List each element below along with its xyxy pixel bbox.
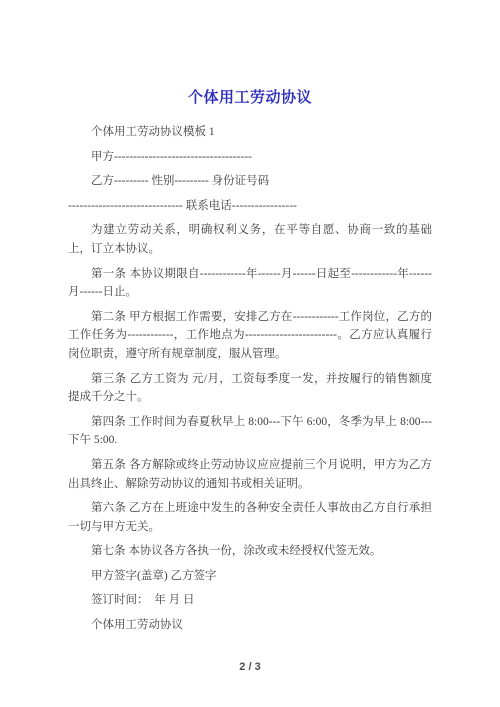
preamble-paragraph: 为建立劳动关系，明确权利义务，在平等自愿、协商一致的基础上，订立本协议。: [68, 221, 432, 258]
document-footer-title: 个体用工劳动协议: [68, 616, 432, 635]
clause-2: 第二条 甲方根据工作需要，安排乙方在------------工作岗位，乙方的工作…: [68, 308, 432, 364]
signature-line: 甲方签字(盖章) 乙方签字: [68, 567, 432, 586]
clause-1: 第一条 本协议期限自------------年------月------日起至-…: [68, 265, 432, 302]
clause-4: 第四条 工作时间为春夏秋早上 8:00---下午 6:00，冬季为早上 8:00…: [68, 413, 432, 450]
contact-phone-line: ------------------------------ 联系电话-----…: [68, 197, 432, 216]
document-body: 个体用工劳动协议模板 1 甲方-------------------------…: [68, 123, 432, 635]
document-title: 个体用工劳动协议: [68, 86, 432, 107]
template-subtitle: 个体用工劳动协议模板 1: [68, 123, 432, 142]
signing-date-line: 签订时间： 年 月 日: [68, 591, 432, 610]
page-number: 2 / 3: [68, 661, 432, 673]
clause-6: 第六条 乙方在上班途中发生的各种安全责任人事故由乙方自行承担一切与甲方无关。: [68, 499, 432, 536]
clause-3: 第三条 乙方工资为 元/月，工资每季度一发，并按履行的销售额度提成千分之十。: [68, 370, 432, 407]
clause-5: 第五条 各方解除或终止劳动协议应应提前三个月说明，甲方为乙方出具终止、解除劳动协…: [68, 456, 432, 493]
party-b-info-line: 乙方--------- 性别--------- 身份证号码: [68, 172, 432, 191]
clause-7: 第七条 本协议各方各执一份，涂改或未经授权代签无效。: [68, 542, 432, 561]
party-a-blank-line: 甲方------------------------------------: [68, 148, 432, 167]
document-page: 个体用工劳动协议 个体用工劳动协议模板 1 甲方----------------…: [0, 0, 500, 707]
